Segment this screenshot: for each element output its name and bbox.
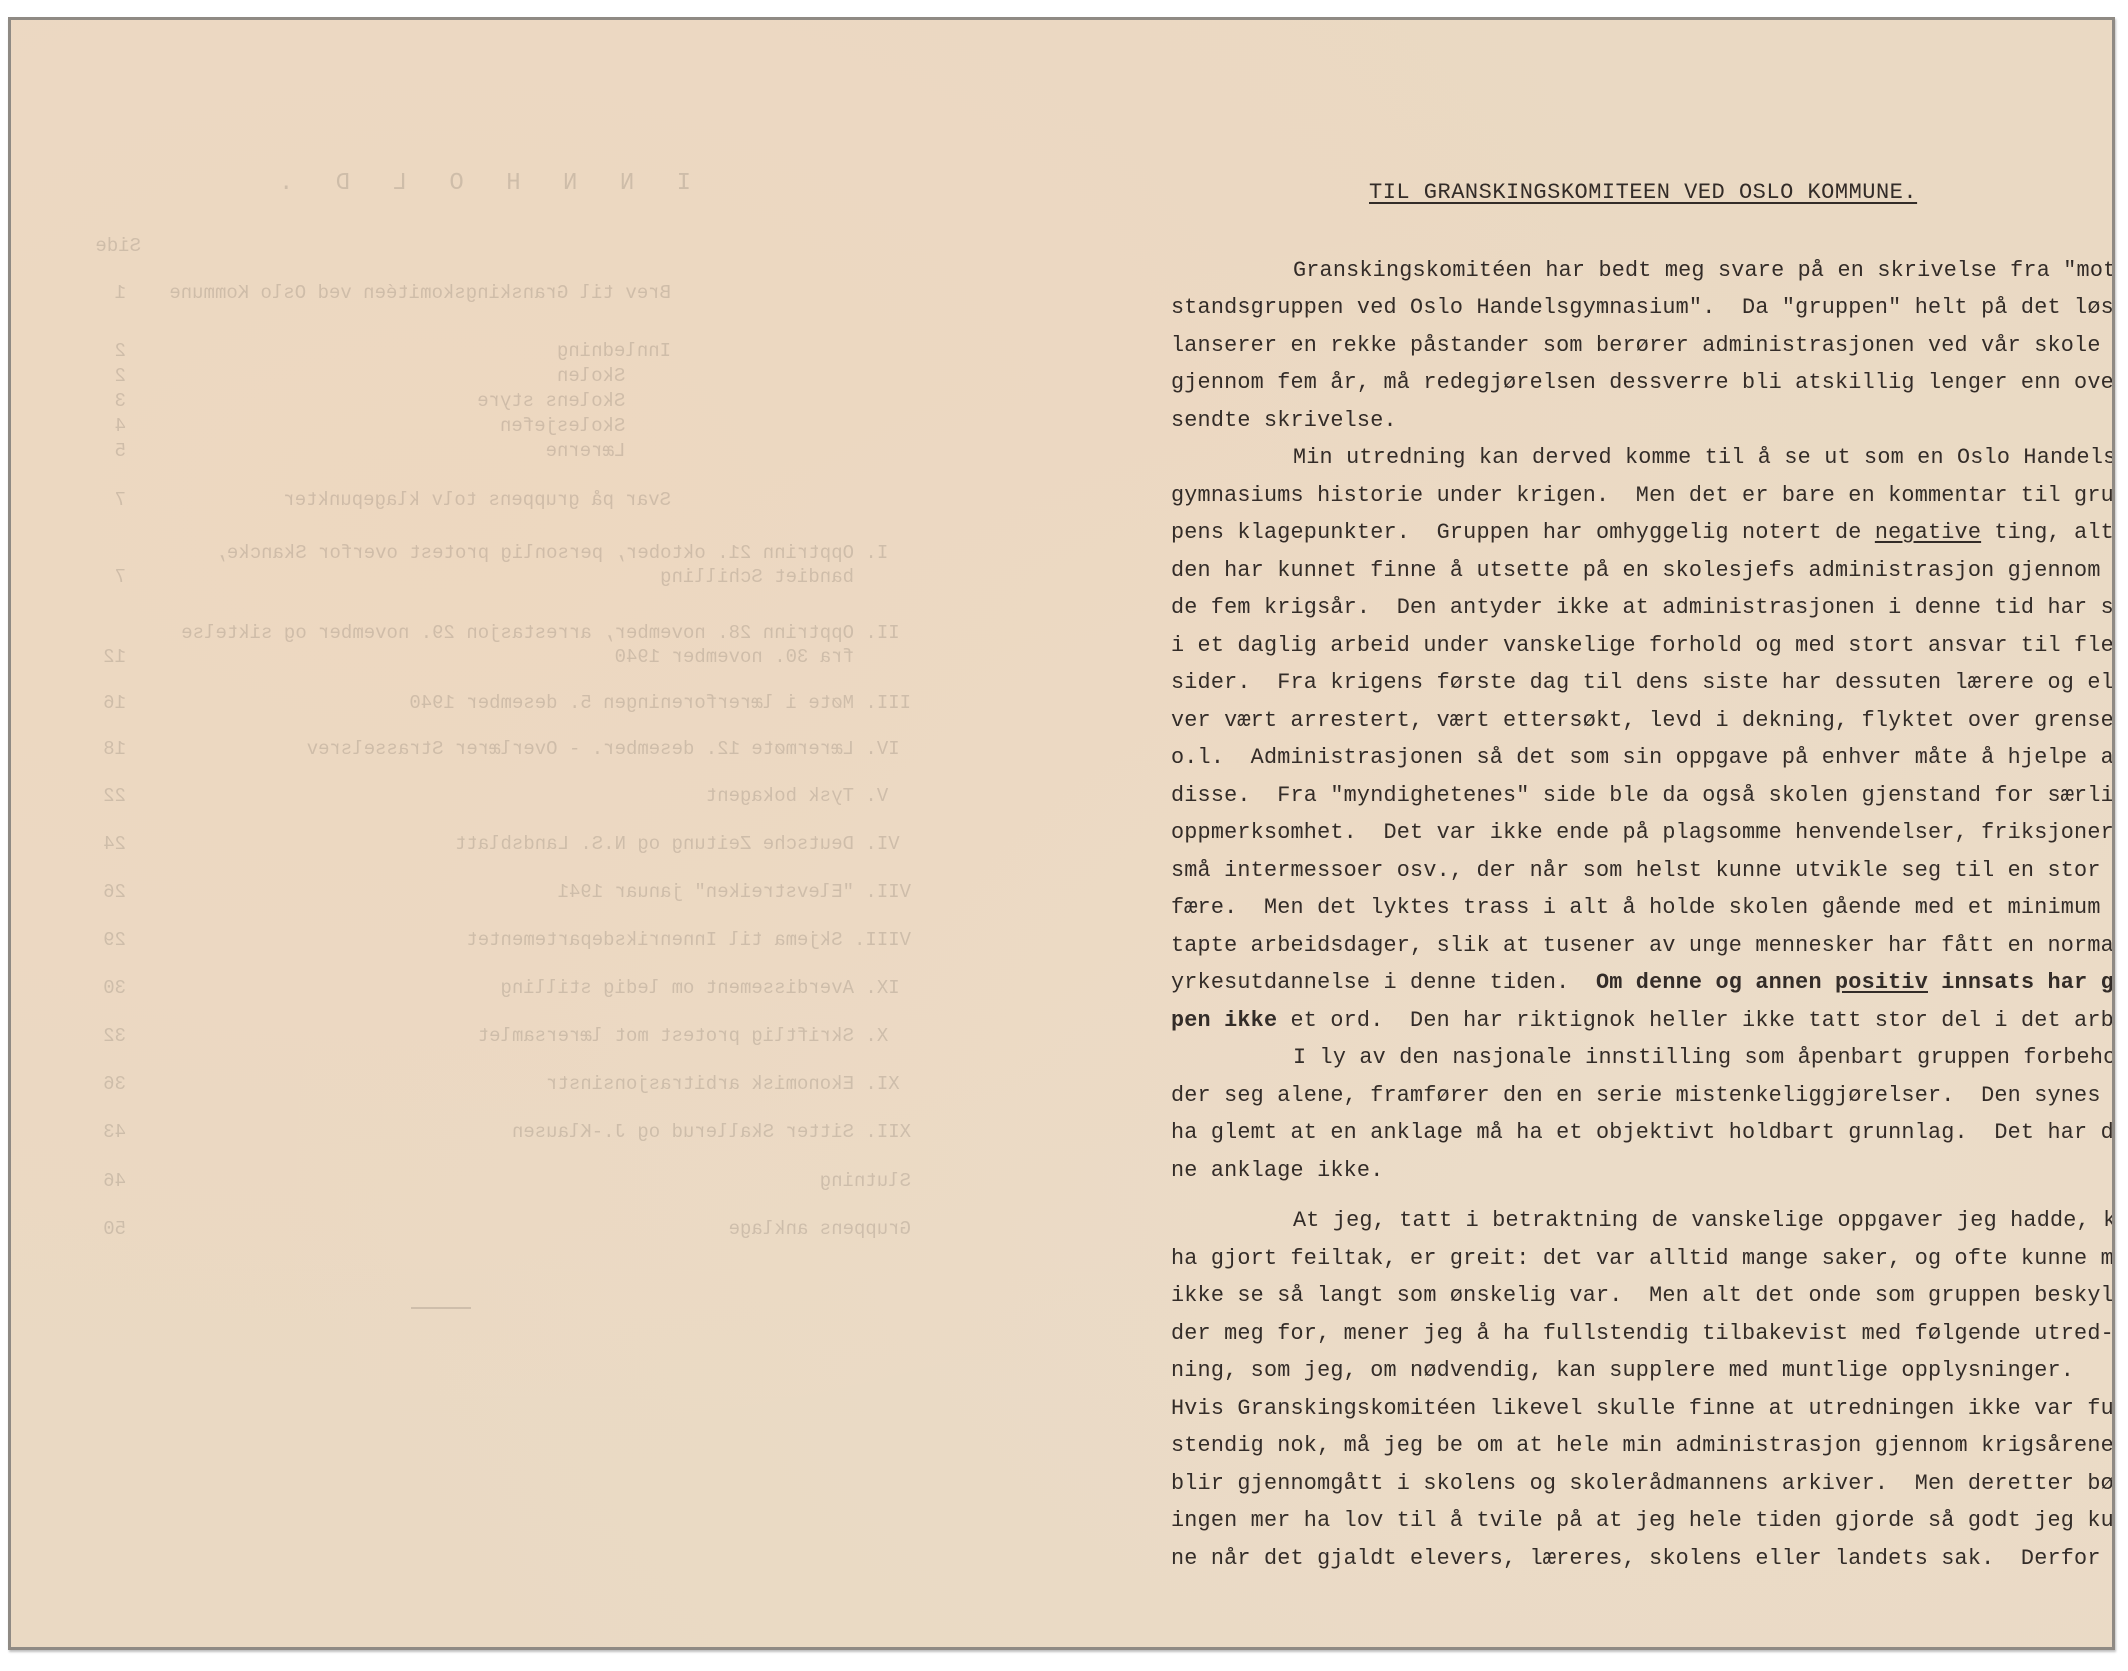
text-line: standsgruppen ved Oslo Handelsgymnasium"…: [1171, 295, 2115, 320]
text-line: o.l. Administrasjonen så det som sin opp…: [1171, 745, 2115, 770]
text-line: ver vært arrestert, vært ettersøkt, levd…: [1171, 708, 2115, 733]
text-line: i et daglig arbeid under vanskelige forh…: [1171, 633, 2115, 658]
text-line: stendig nok, må jeg be om at hele min ad…: [1171, 1433, 2114, 1458]
text-line: der meg for, mener jeg å ha fullstendig …: [1171, 1321, 2114, 1346]
text-line: At jeg, tatt i betraktning de vanskelige…: [1293, 1208, 2115, 1233]
text-line: ha glemt at en anklage må ha et objektiv…: [1171, 1120, 2115, 1145]
text-line: Granskingskomitéen har bedt meg svare på…: [1293, 258, 2115, 283]
text-line: blir gjennomgått i skolens og skolerådma…: [1171, 1471, 2115, 1496]
text-line: gjennom fem år, må redegjørelsen dessver…: [1171, 370, 2115, 395]
text-line: I ly av den nasjonale innstilling som åp…: [1293, 1045, 2115, 1070]
text-line: gymnasiums historie under krigen. Men de…: [1171, 483, 2115, 508]
text-line: lanserer en rekke påstander som berører …: [1171, 333, 2101, 358]
text-line: ha gjort feiltak, er greit: det var allt…: [1171, 1246, 2115, 1271]
text-line: yrkesutdannelse i denne tiden. Om denne …: [1171, 970, 2115, 995]
text-line: ne når det gjaldt elevers, læreres, skol…: [1171, 1546, 2101, 1571]
text-line: sider. Fra krigens første dag til dens s…: [1171, 670, 2115, 695]
text-line: fære. Men det lyktes trass i alt å holde…: [1171, 895, 2115, 920]
text-line: Hvis Granskingskomitéen likevel skulle f…: [1171, 1396, 2115, 1421]
text-line: oppmerksomhet. Det var ikke ende på plag…: [1171, 820, 2115, 845]
underlined-word: positiv: [1835, 970, 1928, 995]
text-line: tapte arbeidsdager, slik at tusener av u…: [1171, 933, 2115, 958]
text-line: sendte skrivelse.: [1171, 408, 1397, 433]
text-line: ingen mer ha lov til å tvile på at jeg h…: [1171, 1508, 2115, 1533]
text-line: ning, som jeg, om nødvendig, kan suppler…: [1171, 1358, 2074, 1383]
text-line: de fem krigsår. Den antyder ikke at admi…: [1171, 595, 2115, 620]
text-line: ne anklage ikke.: [1171, 1158, 1383, 1183]
text-line: pen ikke et ord. Den har riktignok helle…: [1171, 1008, 2115, 1033]
text-line: der seg alene, framfører den en serie mi…: [1171, 1083, 2115, 1108]
right-page-letter: TIL GRANSKINGSKOMITEEN VED OSLO KOMMUNE.…: [11, 20, 2112, 1647]
letter-title: TIL GRANSKINGSKOMITEEN VED OSLO KOMMUNE.: [1369, 180, 1917, 205]
text-line: små intermessoer osv., der når som helst…: [1171, 858, 2115, 883]
text-line: disse. Fra "myndighetenes" side ble da o…: [1171, 783, 2115, 808]
scanned-document-spread: I N N H O L D . Side Brev til Granskings…: [8, 17, 2115, 1650]
text-line: pens klagepunkter. Gruppen har omhyggeli…: [1171, 520, 2114, 545]
text-line: den har kunnet finne å utsette på en sko…: [1171, 558, 2101, 583]
text-line: ikke se så langt som ønskelig var. Men a…: [1171, 1283, 2115, 1308]
underlined-word: negative: [1875, 520, 1981, 545]
text-line: Min utredning kan derved komme til å se …: [1293, 445, 2115, 470]
